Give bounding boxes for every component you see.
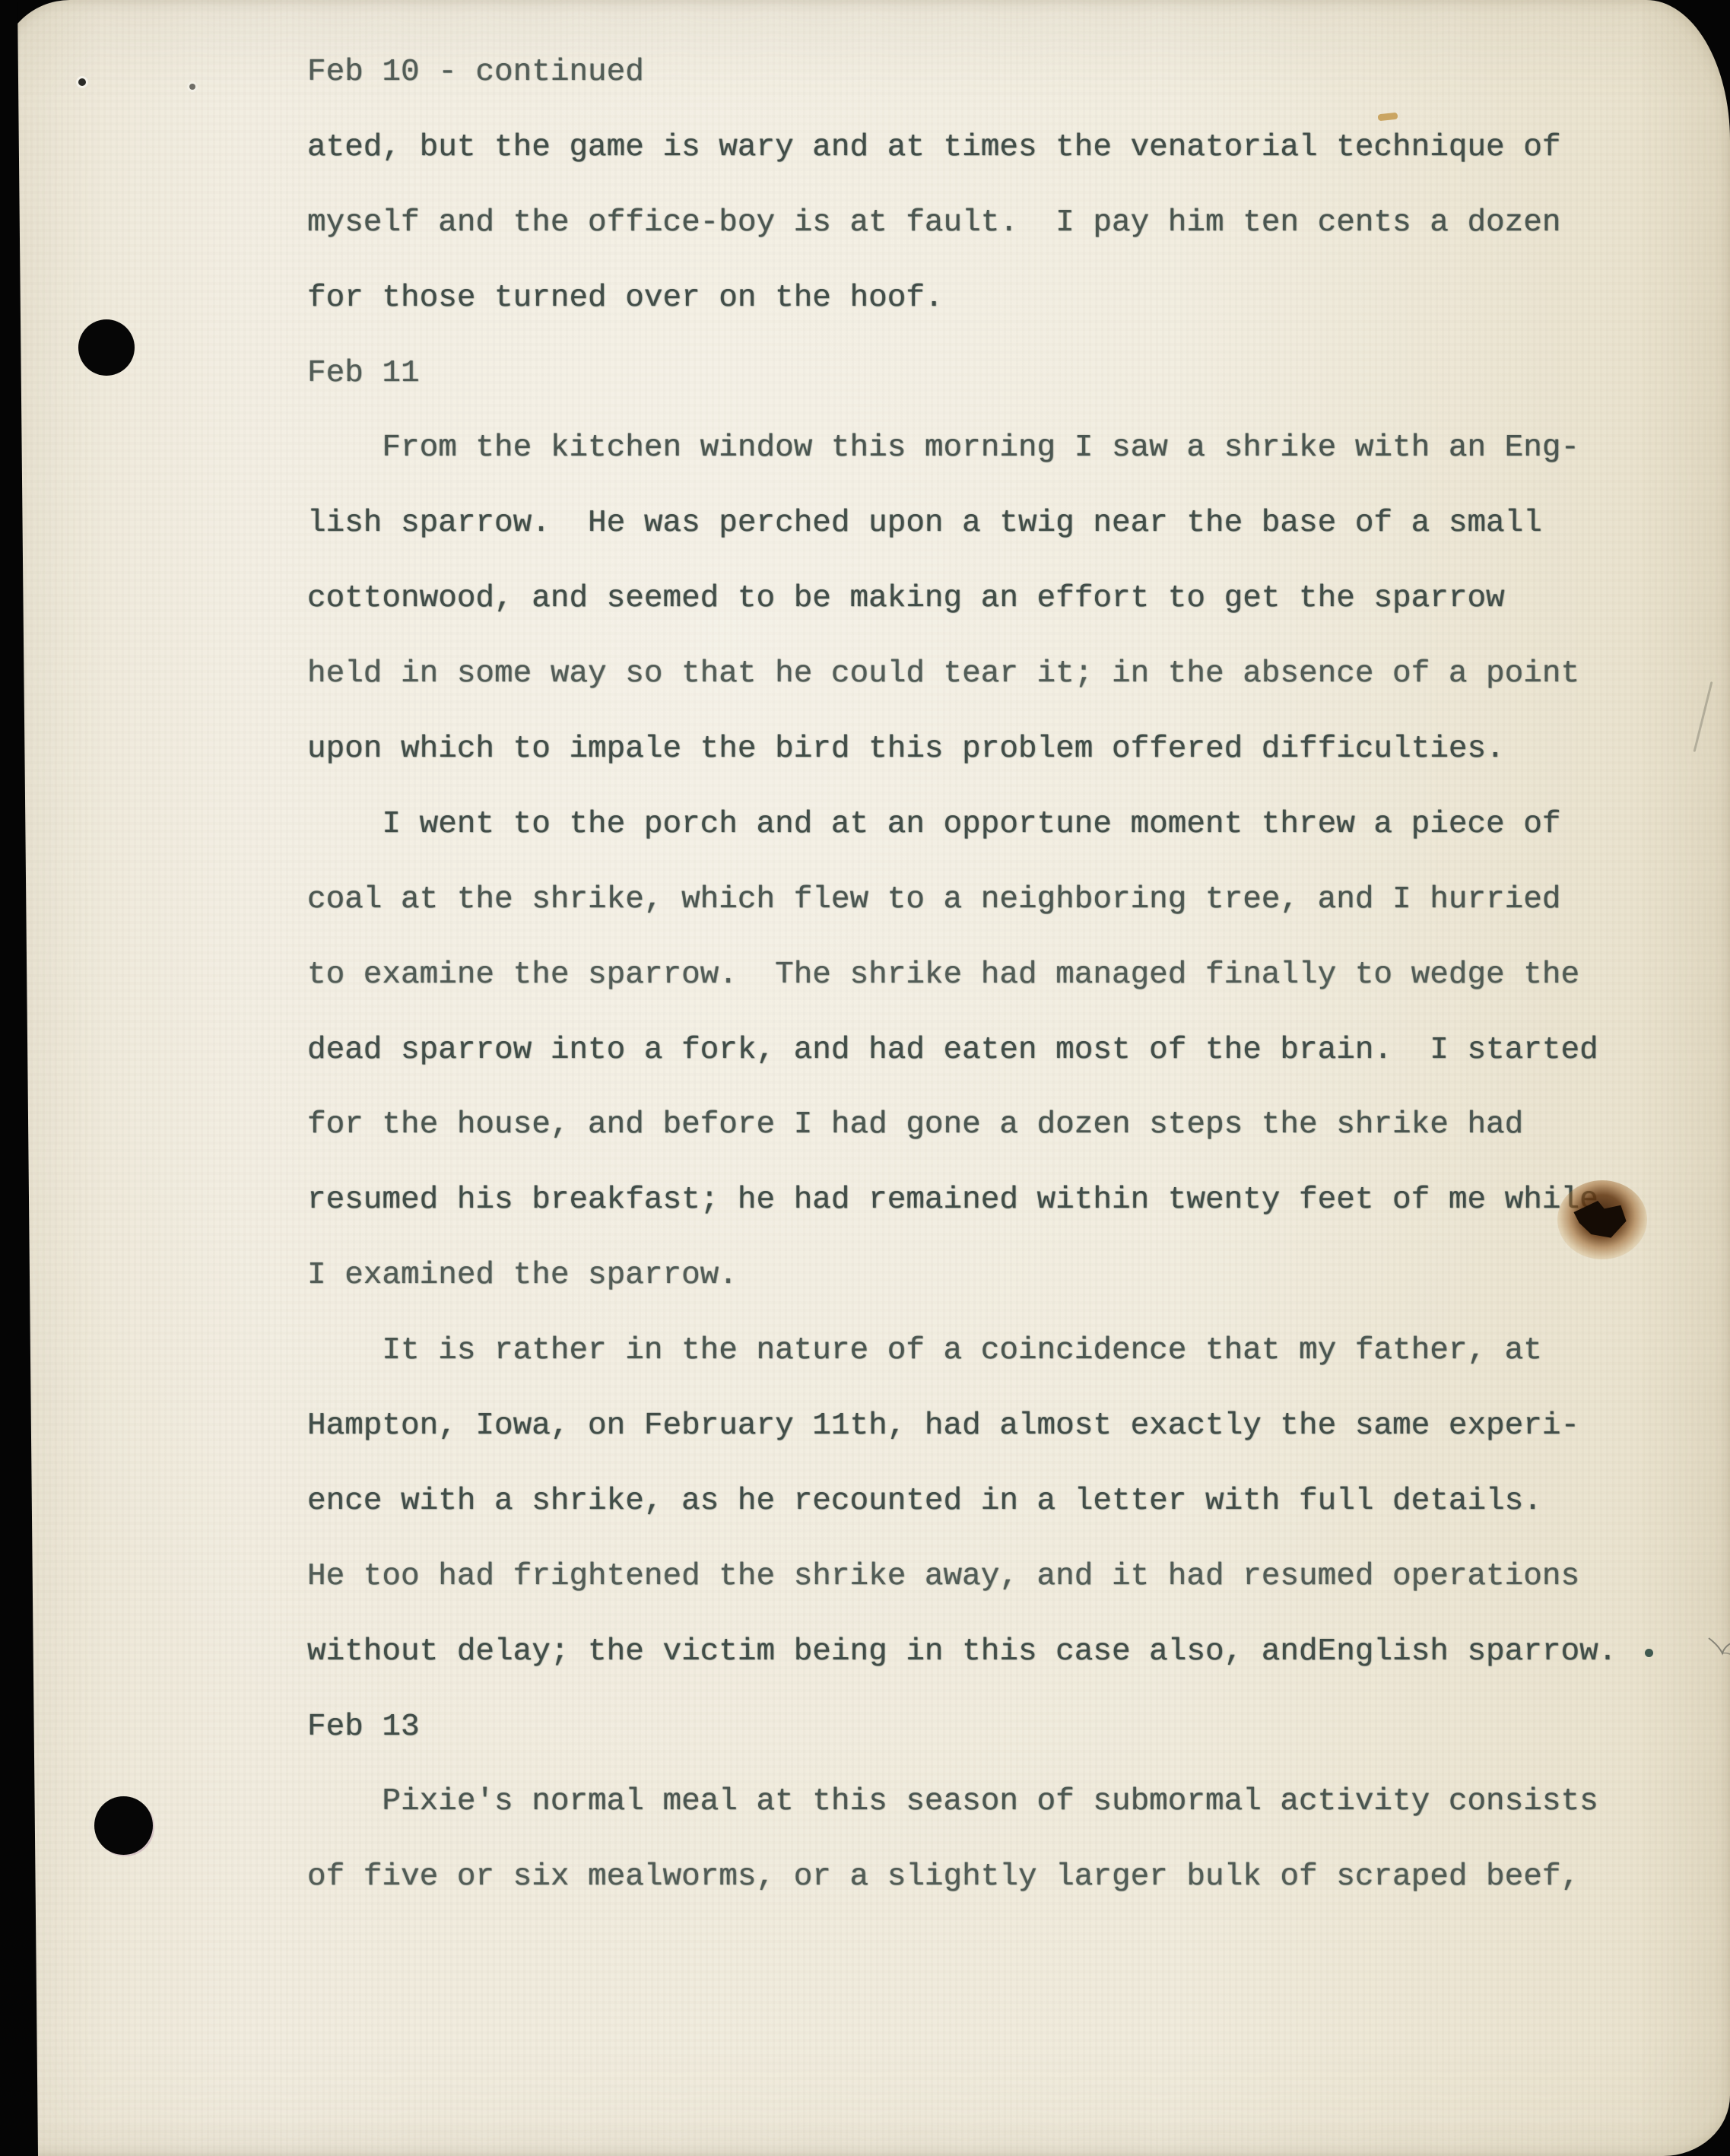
text-line: resumed his breakfast; he had remained w…: [307, 1163, 1676, 1238]
text-line: to examine the sparrow. The shrike had m…: [307, 938, 1676, 1013]
text-line: held in some way so that he could tear i…: [307, 637, 1676, 712]
text-line: From the kitchen window this morning I s…: [307, 411, 1676, 486]
text-line: Feb 11: [307, 336, 1676, 411]
text-line: ence with a shrike, as he recounted in a…: [307, 1464, 1676, 1539]
text-line: myself and the office-boy is at fault. I…: [307, 186, 1676, 261]
pen-scribble-mark: [1706, 1627, 1730, 1661]
text-line: Feb 10 - continued: [307, 35, 1676, 110]
scanned-document: Feb 10 - continuedated, but the game is …: [0, 0, 1730, 2156]
text-line: Pixie's normal meal at this season of su…: [307, 1764, 1676, 1840]
binder-punch-hole: [78, 319, 135, 376]
text-line: lish sparrow. He was perched upon a twig…: [307, 486, 1676, 561]
ink-speck: [1645, 1649, 1653, 1657]
text-line: dead sparrow into a fork, and had eaten …: [307, 1013, 1676, 1088]
text-line: for the house, and before I had gone a d…: [307, 1088, 1676, 1163]
text-line: ated, but the game is wary and at times …: [307, 110, 1676, 186]
pin-hole: [189, 84, 195, 90]
text-line: He too had frightened the shrike away, a…: [307, 1539, 1676, 1615]
text-line: I examined the sparrow.: [307, 1238, 1676, 1313]
text-line: cottonwood, and seemed to be making an e…: [307, 561, 1676, 637]
text-line: Hampton, Iowa, on February 11th, had alm…: [307, 1389, 1676, 1464]
pin-hole: [78, 78, 86, 86]
text-line: It is rather in the nature of a coincide…: [307, 1313, 1676, 1389]
text-line: I went to the porch and at an opportune …: [307, 787, 1676, 862]
text-line: coal at the shrike, which flew to a neig…: [307, 862, 1676, 938]
text-line: for those turned over on the hoof.: [307, 261, 1676, 336]
text-lines: Feb 10 - continuedated, but the game is …: [307, 35, 1676, 1915]
binder-punch-hole: [94, 1796, 153, 1855]
text-line: upon which to impale the bird this probl…: [307, 712, 1676, 787]
text-line: without delay; the victim being in this …: [307, 1615, 1676, 1690]
text-line: Feb 13: [307, 1690, 1676, 1765]
text-line: of five or six mealworms, or a slightly …: [307, 1840, 1676, 1915]
